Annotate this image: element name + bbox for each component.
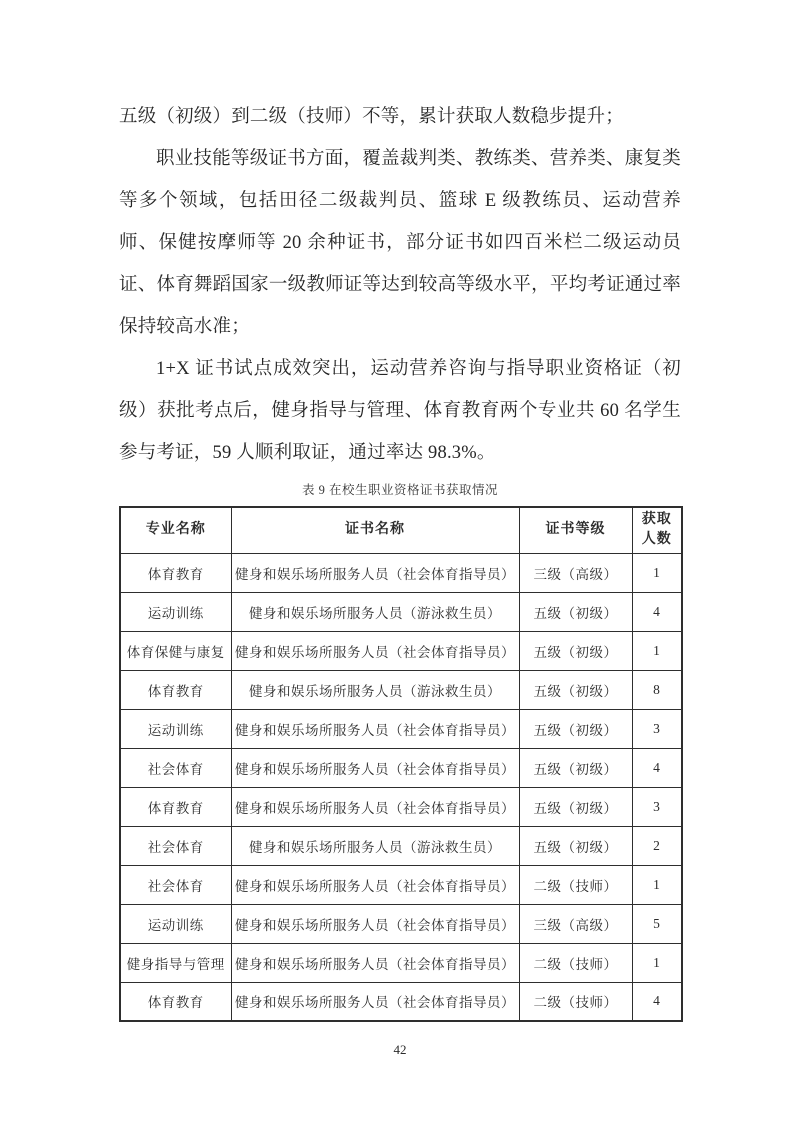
table-header-row: 专业名称 证书名称 证书等级 获取人数 [120,507,682,553]
table-cell: 二级（技师） [519,982,632,1021]
table-cell: 体育教育 [120,670,231,709]
table-cell: 社会体育 [120,865,231,904]
column-header-level: 证书等级 [519,507,632,553]
table-cell: 运动训练 [120,904,231,943]
table-row: 体育教育 健身和娱乐场所服务人员（社会体育指导员） 二级（技师） 4 [120,982,682,1021]
certificates-table: 专业名称 证书名称 证书等级 获取人数 体育教育 健身和娱乐场所服务人员（社会体… [119,506,683,1022]
page-number: 42 [0,1042,800,1058]
table-cell: 健身和娱乐场所服务人员（社会体育指导员） [231,865,519,904]
table-row: 社会体育 健身和娱乐场所服务人员（社会体育指导员） 五级（初级） 4 [120,748,682,787]
table-cell: 体育保健与康复 [120,631,231,670]
table-cell: 8 [632,670,682,709]
table-cell: 3 [632,787,682,826]
paragraph: 五级（初级）到二级（技师）不等，累计获取人数稳步提升； [119,96,681,138]
table-cell: 1 [632,865,682,904]
table-cell: 健身和娱乐场所服务人员（社会体育指导员） [231,982,519,1021]
table-cell: 3 [632,709,682,748]
paragraph: 职业技能等级证书方面，覆盖裁判类、教练类、营养类、康复类等多个领域，包括田径二级… [119,138,681,348]
table-cell: 五级（初级） [519,709,632,748]
table-cell: 健身和娱乐场所服务人员（游泳救生员） [231,592,519,631]
table-cell: 五级（初级） [519,670,632,709]
table-cell: 二级（技师） [519,943,632,982]
table-cell: 5 [632,904,682,943]
table-row: 社会体育 健身和娱乐场所服务人员（游泳救生员） 五级（初级） 2 [120,826,682,865]
table-cell: 1 [632,553,682,592]
column-header-certificate: 证书名称 [231,507,519,553]
table-cell: 社会体育 [120,748,231,787]
table-cell: 三级（高级） [519,904,632,943]
table-cell: 健身和娱乐场所服务人员（社会体育指导员） [231,787,519,826]
table-cell: 4 [632,748,682,787]
table-cell: 健身和娱乐场所服务人员（社会体育指导员） [231,904,519,943]
table-row: 健身指导与管理 健身和娱乐场所服务人员（社会体育指导员） 二级（技师） 1 [120,943,682,982]
table-cell: 五级（初级） [519,631,632,670]
table-row: 体育保健与康复 健身和娱乐场所服务人员（社会体育指导员） 五级（初级） 1 [120,631,682,670]
table-cell: 运动训练 [120,709,231,748]
table-cell: 五级（初级） [519,826,632,865]
table-cell: 健身和娱乐场所服务人员（社会体育指导员） [231,709,519,748]
body-text: 五级（初级）到二级（技师）不等，累计获取人数稳步提升； 职业技能等级证书方面，覆… [119,0,681,474]
table-cell: 2 [632,826,682,865]
table-cell: 三级（高级） [519,553,632,592]
column-header-major: 专业名称 [120,507,231,553]
table-row: 社会体育 健身和娱乐场所服务人员（社会体育指导员） 二级（技师） 1 [120,865,682,904]
table-cell: 社会体育 [120,826,231,865]
table-cell: 体育教育 [120,982,231,1021]
table-row: 体育教育 健身和娱乐场所服务人员（社会体育指导员） 三级（高级） 1 [120,553,682,592]
table-row: 运动训练 健身和娱乐场所服务人员（社会体育指导员） 五级（初级） 3 [120,709,682,748]
table-cell: 健身指导与管理 [120,943,231,982]
table-row: 运动训练 健身和娱乐场所服务人员（社会体育指导员） 三级（高级） 5 [120,904,682,943]
table-cell: 体育教育 [120,787,231,826]
table-cell: 健身和娱乐场所服务人员（社会体育指导员） [231,553,519,592]
table-cell: 体育教育 [120,553,231,592]
table-cell: 健身和娱乐场所服务人员（社会体育指导员） [231,631,519,670]
table-cell: 二级（技师） [519,865,632,904]
paragraph: 1+X 证书试点成效突出，运动营养咨询与指导职业资格证（初级）获批考点后，健身指… [119,348,681,474]
table-caption: 表 9 在校生职业资格证书获取情况 [119,480,681,498]
table-cell: 4 [632,592,682,631]
table-row: 运动训练 健身和娱乐场所服务人员（游泳救生员） 五级（初级） 4 [120,592,682,631]
table-cell: 健身和娱乐场所服务人员（社会体育指导员） [231,748,519,787]
table-cell: 1 [632,631,682,670]
table-cell: 健身和娱乐场所服务人员（游泳救生员） [231,826,519,865]
page-content: 五级（初级）到二级（技师）不等，累计获取人数稳步提升； 职业技能等级证书方面，覆… [119,0,681,1022]
table-cell: 五级（初级） [519,592,632,631]
table-cell: 健身和娱乐场所服务人员（社会体育指导员） [231,943,519,982]
table-cell: 1 [632,943,682,982]
table-cell: 五级（初级） [519,787,632,826]
table-cell: 运动训练 [120,592,231,631]
table-cell: 4 [632,982,682,1021]
table-row: 体育教育 健身和娱乐场所服务人员（社会体育指导员） 五级（初级） 3 [120,787,682,826]
document-page: 五级（初级）到二级（技师）不等，累计获取人数稳步提升； 职业技能等级证书方面，覆… [0,0,800,1131]
table-cell: 健身和娱乐场所服务人员（游泳救生员） [231,670,519,709]
column-header-count: 获取人数 [632,507,682,553]
table-cell: 五级（初级） [519,748,632,787]
table-row: 体育教育 健身和娱乐场所服务人员（游泳救生员） 五级（初级） 8 [120,670,682,709]
